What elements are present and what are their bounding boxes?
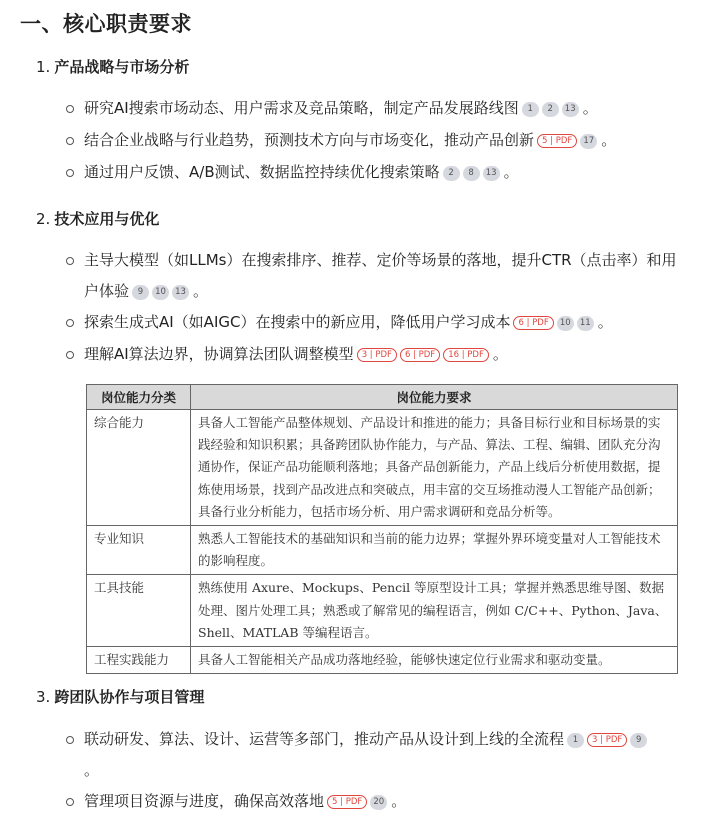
citation-badge[interactable]: 2 xyxy=(542,102,559,117)
table-cell-category: 工程实践能力 xyxy=(87,647,191,674)
citation-badge[interactable]: 13 xyxy=(172,285,189,300)
citation-badge[interactable]: 20 xyxy=(370,795,387,810)
citation-badge[interactable]: 9 xyxy=(630,733,647,748)
period: 。 xyxy=(504,163,519,181)
section-number: 3. xyxy=(36,688,50,706)
column-header: 岗位能力要求 xyxy=(191,385,678,410)
column-header: 岗位能力分类 xyxy=(87,385,191,410)
bullet-text: 通过用户反馈、A/B测试、数据监控持续优化搜索策略 xyxy=(84,163,440,181)
table-cell-category: 专业知识 xyxy=(87,526,191,575)
section-number: 1. xyxy=(36,58,50,76)
table-row: 综合能力 具备人工智能产品整体规划、产品设计和推进的能力；具备目标行业和目标场景… xyxy=(87,410,678,526)
bullet-icon xyxy=(66,257,74,265)
table-cell-category: 综合能力 xyxy=(87,410,191,526)
period: 。 xyxy=(84,761,99,779)
citation-badge[interactable]: 1 xyxy=(522,102,539,117)
bullet-icon xyxy=(66,319,74,327)
bullet-icon xyxy=(66,351,74,359)
bullet-text: 探索生成式AI（如AIGC）在搜索中的新应用，降低用户学习成本 xyxy=(84,313,510,331)
list-item: 管理项目资源与进度，确保高效落地5 | PDF20。 xyxy=(66,786,686,817)
table-cell-requirement: 具备人工智能相关产品成功落地经验，能够快速定位行业需求和驱动变量。 xyxy=(191,647,678,674)
citation-badge[interactable]: 10 xyxy=(557,316,574,331)
citation-badge[interactable]: 1 xyxy=(567,733,584,748)
list-item: 主导大模型（如LLMs）在搜索排序、推荐、定价等场景的落地，提升CTR（点击率）… xyxy=(66,245,686,307)
period: 。 xyxy=(583,99,598,117)
citation-badge[interactable]: 9 xyxy=(132,285,149,300)
section-title-3: 3.跨团队协作与项目管理 xyxy=(36,686,204,707)
period: 。 xyxy=(391,792,406,810)
bullet-text: 结合企业战略与行业趋势，预测技术方向与市场变化，推动产品创新 xyxy=(84,131,534,149)
period: 。 xyxy=(193,282,208,300)
bullet-icon xyxy=(66,169,74,177)
citation-badge[interactable]: 8 xyxy=(463,166,480,181)
period: 。 xyxy=(598,313,613,331)
list-item: 探索生成式AI（如AIGC）在搜索中的新应用，降低用户学习成本6 | PDF10… xyxy=(66,307,686,338)
list-item: 研究AI搜索市场动态、用户需求及竞品策略，制定产品发展路线图1213。 xyxy=(66,93,686,124)
section-number: 2. xyxy=(36,210,50,228)
table-row: 工程实践能力 具备人工智能相关产品成功落地经验，能够快速定位行业需求和驱动变量。 xyxy=(87,647,678,674)
pdf-citation-badge[interactable]: 6 | PDF xyxy=(400,348,440,362)
pdf-citation-badge[interactable]: 5 | PDF xyxy=(537,134,577,148)
section-title-2: 2.技术应用与优化 xyxy=(36,208,159,229)
citation-badge[interactable]: 17 xyxy=(580,134,597,149)
period: 。 xyxy=(601,131,616,149)
list-item: 通过用户反馈、A/B测试、数据监控持续优化搜索策略2813。 xyxy=(66,157,686,188)
bullet-text: 管理项目资源与进度，确保高效落地 xyxy=(84,792,324,810)
pdf-citation-badge[interactable]: 3 | PDF xyxy=(357,348,397,362)
section-title-text: 产品战略与市场分析 xyxy=(54,58,189,76)
pdf-citation-badge[interactable]: 16 | PDF xyxy=(443,348,489,362)
citation-badge[interactable]: 13 xyxy=(483,166,500,181)
bullet-icon xyxy=(66,137,74,145)
pdf-citation-badge[interactable]: 6 | PDF xyxy=(513,316,553,330)
capability-table: 岗位能力分类 岗位能力要求 综合能力 具备人工智能产品整体规划、产品设计和推进的… xyxy=(86,384,678,674)
table-cell-requirement: 熟练使用 Axure、Mockups、Pencil 等原型设计工具；掌握并熟悉思… xyxy=(191,575,678,647)
table-cell-requirement: 具备人工智能产品整体规划、产品设计和推进的能力；具备目标行业和目标场景的实践经验… xyxy=(191,410,678,526)
table-row: 专业知识 熟悉人工智能技术的基础知识和当前的能力边界；掌握外界环境变量对人工智能… xyxy=(87,526,678,575)
bullet-icon xyxy=(66,105,74,113)
table-cell-requirement: 熟悉人工智能技术的基础知识和当前的能力边界；掌握外界环境变量对人工智能技术的影响… xyxy=(191,526,678,575)
section-title-text: 技术应用与优化 xyxy=(54,210,159,228)
table-row: 工具技能 熟练使用 Axure、Mockups、Pencil 等原型设计工具；掌… xyxy=(87,575,678,647)
page-heading: 一、核心职责要求 xyxy=(20,8,192,38)
bullet-text: 研究AI搜索市场动态、用户需求及竞品策略，制定产品发展路线图 xyxy=(84,99,519,117)
list-item: 理解AI算法边界，协调算法团队调整模型3 | PDF6 | PDF16 | PD… xyxy=(66,339,686,370)
citation-badge[interactable]: 11 xyxy=(577,316,594,331)
citation-badge[interactable]: 10 xyxy=(152,285,169,300)
table-cell-category: 工具技能 xyxy=(87,575,191,647)
section-title-text: 跨团队协作与项目管理 xyxy=(54,688,204,706)
bullet-text: 理解AI算法边界，协调算法团队调整模型 xyxy=(84,345,354,363)
bullet-icon xyxy=(66,736,74,744)
table-header-row: 岗位能力分类 岗位能力要求 xyxy=(87,385,678,410)
period: 。 xyxy=(493,345,508,363)
citation-badge[interactable]: 13 xyxy=(562,102,579,117)
pdf-citation-badge[interactable]: 3 | PDF xyxy=(587,733,627,747)
list-item: 联动研发、算法、设计、运营等多部门，推动产品从设计到上线的全流程13 | PDF… xyxy=(66,724,686,786)
bullet-icon xyxy=(66,798,74,806)
citation-badge[interactable]: 2 xyxy=(443,166,460,181)
bullet-text: 联动研发、算法、设计、运营等多部门，推动产品从设计到上线的全流程 xyxy=(84,730,564,748)
pdf-citation-badge[interactable]: 5 | PDF xyxy=(327,795,367,809)
section-title-1: 1.产品战略与市场分析 xyxy=(36,56,189,77)
list-item: 结合企业战略与行业趋势，预测技术方向与市场变化，推动产品创新5 | PDF17。 xyxy=(66,125,686,156)
